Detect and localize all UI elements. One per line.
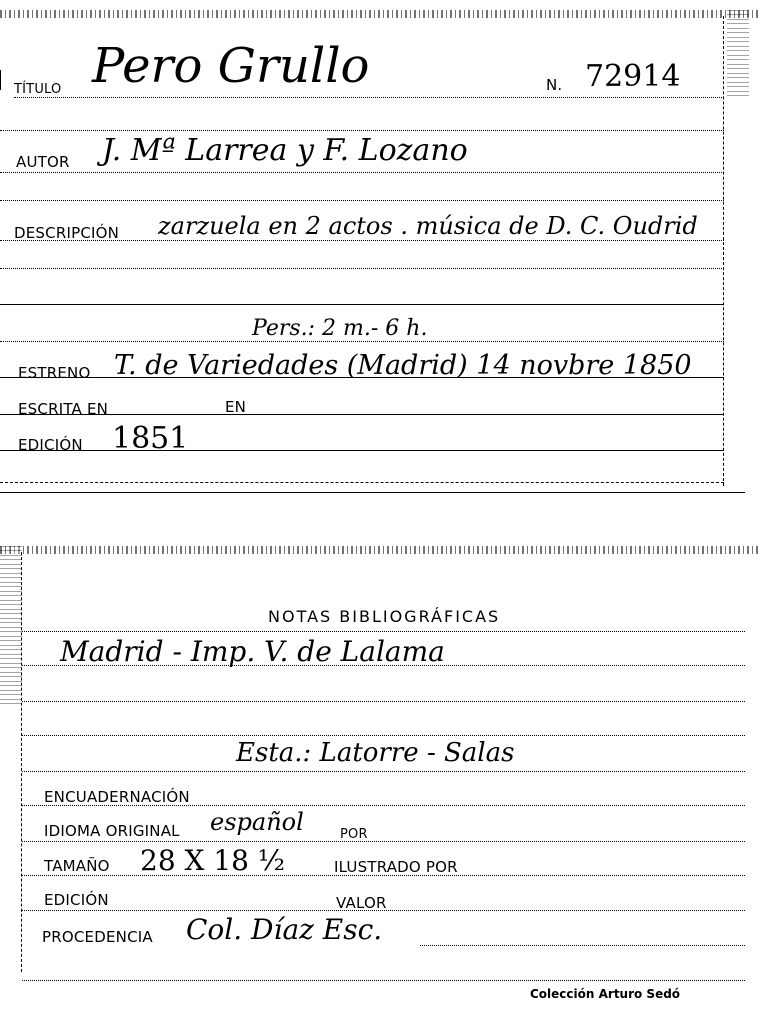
- collection-footer: Colección Arturo Sedó: [530, 987, 680, 1001]
- rule: [22, 701, 745, 702]
- rule: [22, 875, 745, 876]
- tamano-label: TAMAÑO: [44, 859, 110, 874]
- descripcion-value: zarzuela en 2 actos . música de D. C. Ou…: [158, 214, 698, 238]
- rule: [0, 268, 724, 269]
- ilustrado-label: ILUSTRADO POR: [334, 860, 458, 875]
- por-label: POR: [340, 828, 368, 841]
- rule: [0, 130, 724, 131]
- rule: [14, 97, 724, 98]
- autor-value: J. Mª Larrea y F. Lozano: [102, 136, 468, 166]
- edicion-b-label: EDICIÓN: [44, 893, 109, 908]
- rule: [22, 665, 745, 666]
- rule: [22, 910, 745, 911]
- procedencia-value: Col. Díaz Esc.: [186, 916, 382, 944]
- rule: [22, 771, 745, 772]
- rule: [0, 482, 724, 483]
- scan-edge-top: [0, 546, 759, 554]
- note-line-3: Esta.: Latorre - Salas: [236, 740, 514, 766]
- estreno-label: ESTRENO: [18, 366, 91, 381]
- notas-heading: NOTAS BIBLIOGRÁFICAS: [268, 607, 500, 626]
- descripcion-label: DESCRIPCIÓN: [14, 226, 119, 241]
- note-line-1: Madrid - Imp. V. de Lalama: [60, 638, 445, 666]
- rule: [0, 414, 724, 415]
- rule: [420, 945, 745, 946]
- rule: [22, 841, 745, 842]
- rule: [0, 377, 724, 378]
- card-border-left: [0, 70, 1, 90]
- scan-edge-left: [0, 546, 22, 706]
- rule: [0, 341, 724, 342]
- rule: [0, 172, 724, 173]
- card-bottom-edge: [0, 492, 745, 493]
- numero-value: 72914: [585, 62, 680, 92]
- card-border-right: [723, 16, 724, 486]
- rule: [0, 450, 724, 451]
- rule: [0, 304, 724, 305]
- rule: [22, 805, 745, 806]
- idioma-label: IDIOMA ORIGINAL: [44, 824, 180, 839]
- catalog-card-top: TÍTULO Pero Grullo N. 72914 AUTOR J. Mª …: [0, 0, 759, 495]
- titulo-value: Pero Grullo: [92, 42, 369, 90]
- numero-label: N.: [546, 78, 562, 93]
- scan-edge-top: [0, 10, 759, 18]
- personajes-value: Pers.: 2 m.- 6 h.: [252, 318, 427, 340]
- catalog-card-bottom: NOTAS BIBLIOGRÁFICAS Madrid - Imp. V. de…: [0, 540, 759, 1028]
- rule: [22, 735, 745, 736]
- tamano-value: 28 X 18 ½: [140, 847, 285, 875]
- rule: [22, 980, 745, 981]
- idioma-value: español: [210, 810, 304, 834]
- rule: [22, 631, 745, 632]
- en-label: EN: [225, 400, 246, 415]
- card-border-left: [21, 552, 22, 972]
- autor-label: AUTOR: [16, 155, 70, 170]
- rule: [0, 200, 724, 201]
- titulo-label: TÍTULO: [14, 83, 61, 96]
- valor-label: VALOR: [336, 896, 387, 911]
- encuadernacion-label: ENCUADERNACIÓN: [44, 790, 190, 805]
- estreno-value: T. de Variedades (Madrid) 14 novbre 1850: [114, 352, 692, 379]
- procedencia-label: PROCEDENCIA: [42, 930, 153, 945]
- rule: [0, 240, 724, 241]
- scan-edge-right: [727, 10, 749, 100]
